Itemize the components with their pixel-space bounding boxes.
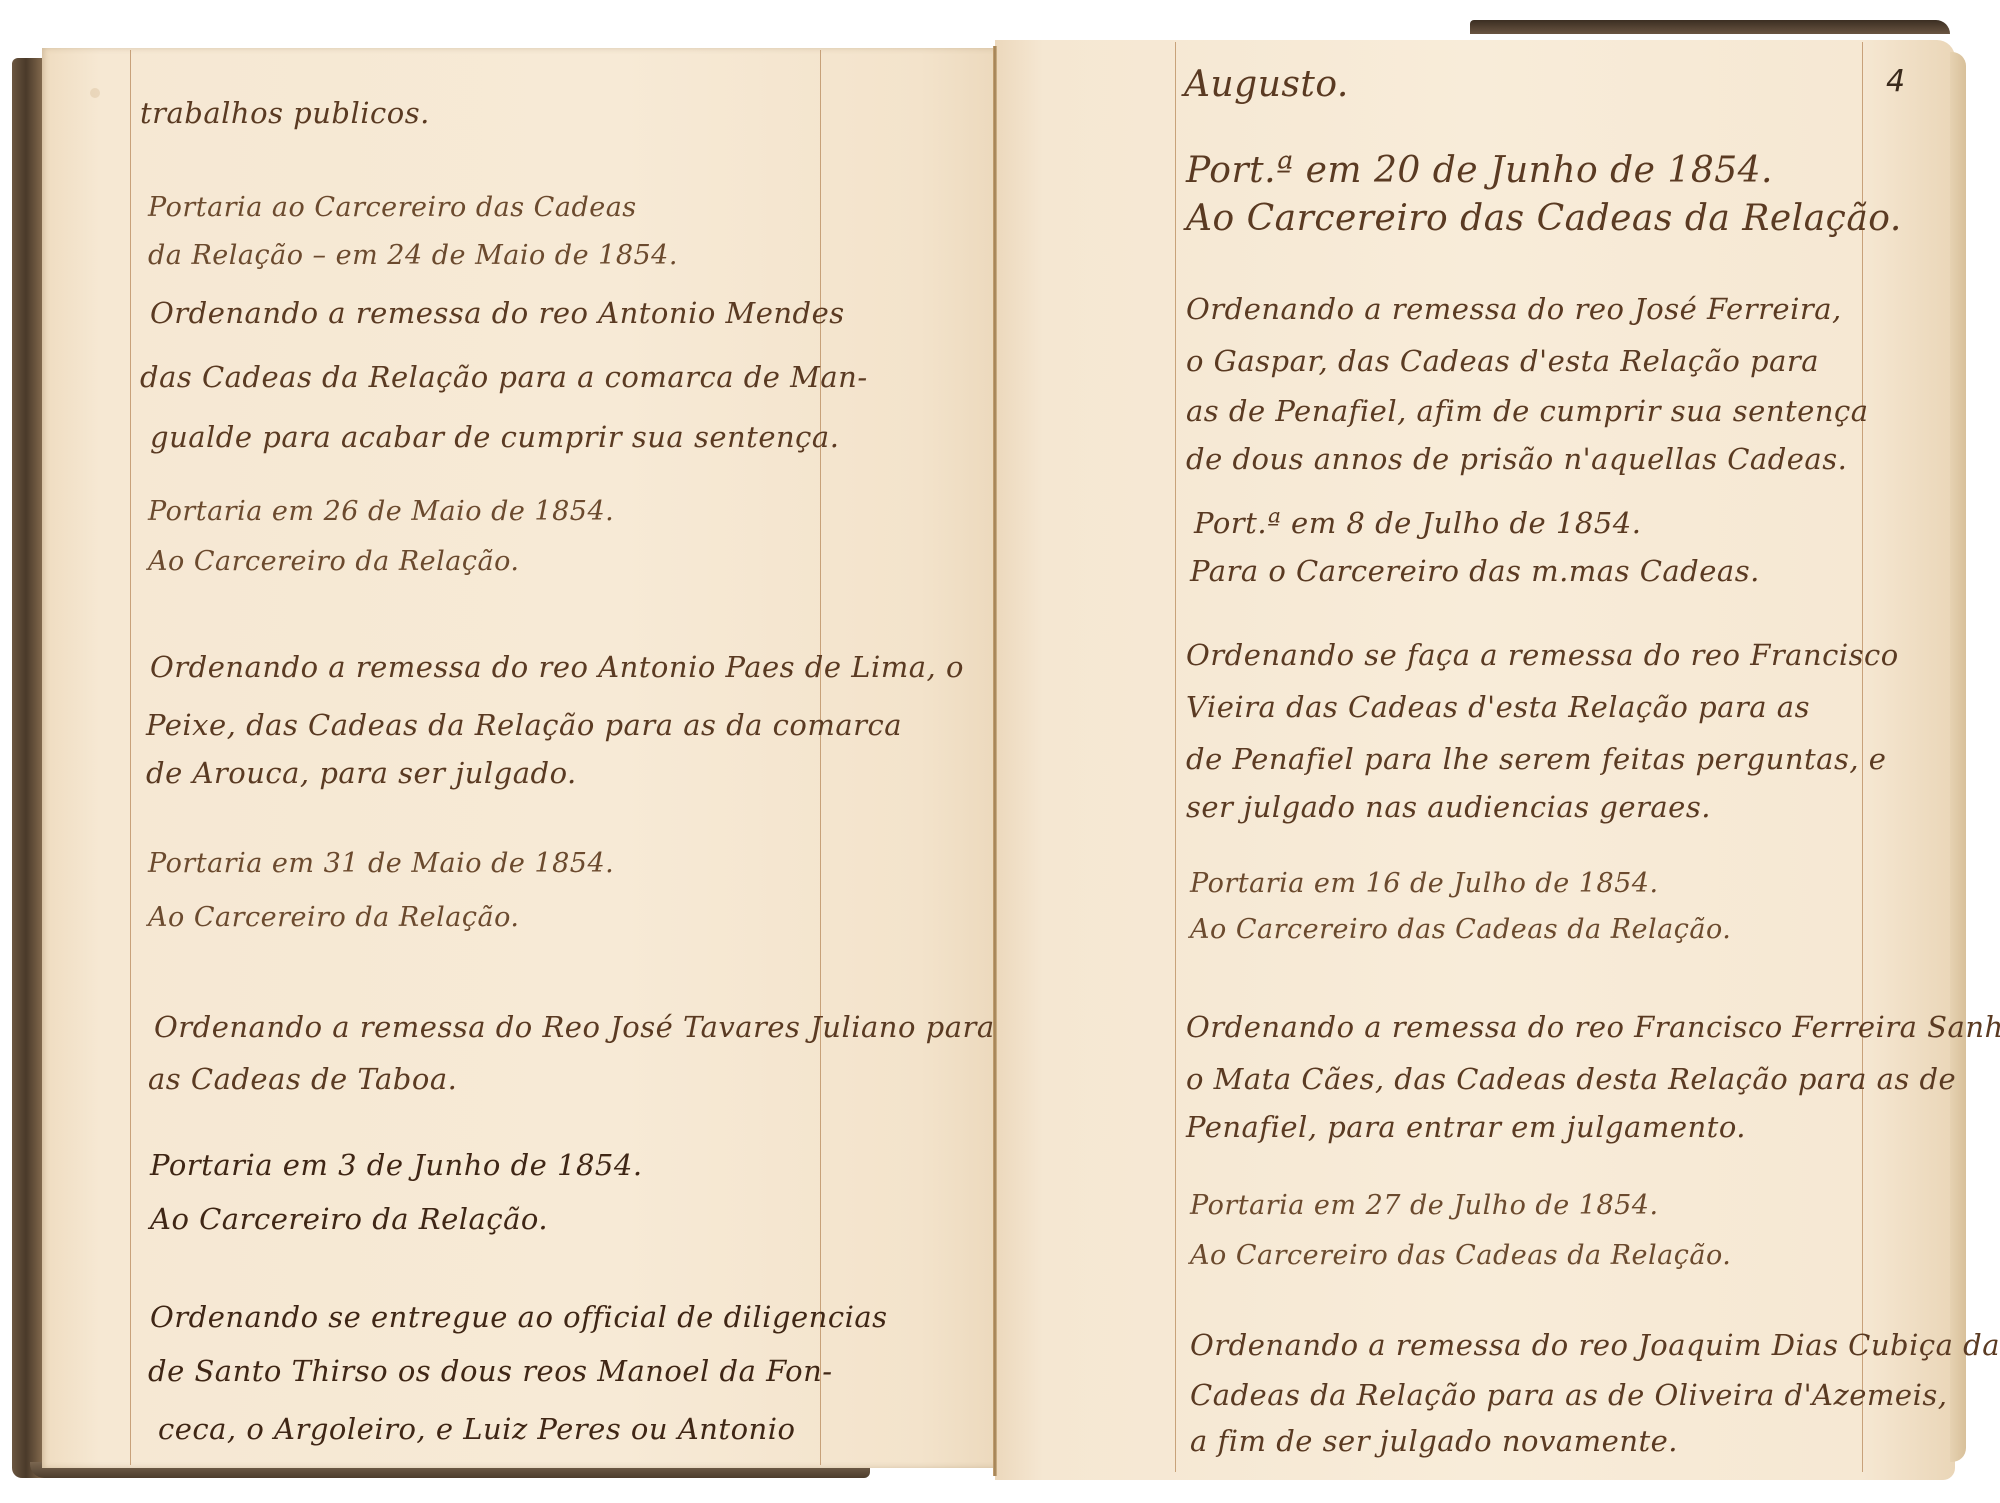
entry-body-line: Peixe, das Cadeas da Relação para as da … [146, 708, 902, 742]
entry-body-line: Ordenando a remessa do reo Antonio Paes … [150, 650, 964, 684]
entry-body-line: ceca, o Argoleiro, e Luiz Peres ou Anton… [158, 1412, 795, 1446]
entry-body-line: Ordenando se entregue ao official de dil… [150, 1300, 888, 1334]
entry-body-line: das Cadeas da Relação para a comarca de … [140, 360, 868, 394]
open-ledger-book: 4 trabalhos publicos. Portaria ao Carcer… [0, 0, 2000, 1503]
entry-heading: da Relação – em 24 de Maio de 1854. [148, 240, 678, 271]
leather-cover-top-edge [1470, 20, 1950, 34]
entry-body-line: as de Penafiel, afim de cumprir sua sent… [1186, 394, 1869, 428]
entry-addressee: Ao Carcereiro das Cadeas da Relação. [1190, 914, 1731, 945]
entry-body-line: Ordenando a remessa do Reo José Tavares … [154, 1010, 995, 1044]
entry-body-line: ser julgado nas audiencias geraes. [1186, 790, 1711, 824]
entry-addressee: Para o Carcereiro das m.mas Cadeas. [1190, 554, 1760, 588]
entry-addressee: Ao Carcereiro das Cadeas da Relação. [1190, 1240, 1731, 1271]
entry-body-line: de Arouca, para ser julgado. [146, 756, 577, 790]
entry-body-line: Ordenando a remessa do reo Joaquim Dias … [1190, 1328, 2000, 1362]
left-page-inner-margin-rule [130, 50, 131, 1465]
entry-body-line: gualde para acabar de cumprir sua senten… [150, 420, 839, 454]
entry-body-line: a fim de ser julgado novamente. [1190, 1424, 1678, 1458]
entry-body-line: as Cadeas de Taboa. [148, 1062, 457, 1096]
entry-heading: Portaria ao Carcereiro das Cadeas [148, 192, 637, 223]
right-page-inner-margin-rule [1175, 42, 1176, 1472]
entry-addressee: Ao Carcereiro da Relação. [148, 902, 519, 933]
entry-body-line: de Santo Thirso os dous reos Manoel da F… [148, 1354, 833, 1388]
page-number: 4 [1886, 64, 1905, 99]
entry-heading: Portaria em 31 de Maio de 1854. [148, 848, 614, 879]
month-heading: Augusto. [1184, 64, 1349, 105]
entry-addressee: Ao Carcereiro das Cadeas da Relação. [1186, 198, 1902, 239]
entry-addressee: Ao Carcereiro da Relação. [150, 1202, 548, 1236]
entry-heading: Portaria em 3 de Junho de 1854. [150, 1148, 643, 1182]
entry-addressee: Ao Carcereiro da Relação. [148, 546, 519, 577]
entry-body-line: Ordenando a remessa do reo José Ferreira… [1186, 292, 1842, 326]
entry-body-line: Penafiel, para entrar em julgamento. [1186, 1110, 1746, 1144]
entry-heading: Portaria em 26 de Maio de 1854. [148, 496, 614, 527]
entry-body-line: o Gaspar, das Cadeas d'esta Relação para [1186, 344, 1819, 378]
entry-heading: Port.ª em 8 de Julho de 1854. [1194, 506, 1641, 540]
entry-body-line: Ordenando a remessa do reo Francisco Fer… [1186, 1010, 2000, 1044]
entry-body-line: Vieira das Cadeas d'esta Relação para as [1186, 690, 1810, 724]
entry-heading: Port.ª em 20 de Junho de 1854. [1186, 150, 1773, 191]
entry-body-line: de Penafiel para lhe serem feitas pergun… [1186, 742, 1886, 776]
paper-stain [90, 88, 100, 98]
entry-body-line: de dous annos de prisão n'aquellas Cadea… [1186, 442, 1847, 476]
entry-body-line: Ordenando se faça a remessa do reo Franc… [1186, 638, 1899, 672]
entry-body-line: Cadeas da Relação para as de Oliveira d'… [1190, 1378, 1947, 1412]
left-page-outer-margin-rule [820, 50, 821, 1465]
handwritten-line: trabalhos publicos. [140, 96, 430, 130]
page-block-edge [1950, 52, 1966, 1462]
entry-heading: Portaria em 27 de Julho de 1854. [1190, 1190, 1659, 1221]
entry-heading: Portaria em 16 de Julho de 1854. [1190, 868, 1659, 899]
book-gutter [993, 46, 997, 1476]
entry-body-line: Ordenando a remessa do reo Antonio Mende… [150, 296, 845, 330]
entry-body-line: o Mata Cães, das Cadeas desta Relação pa… [1186, 1062, 1956, 1096]
